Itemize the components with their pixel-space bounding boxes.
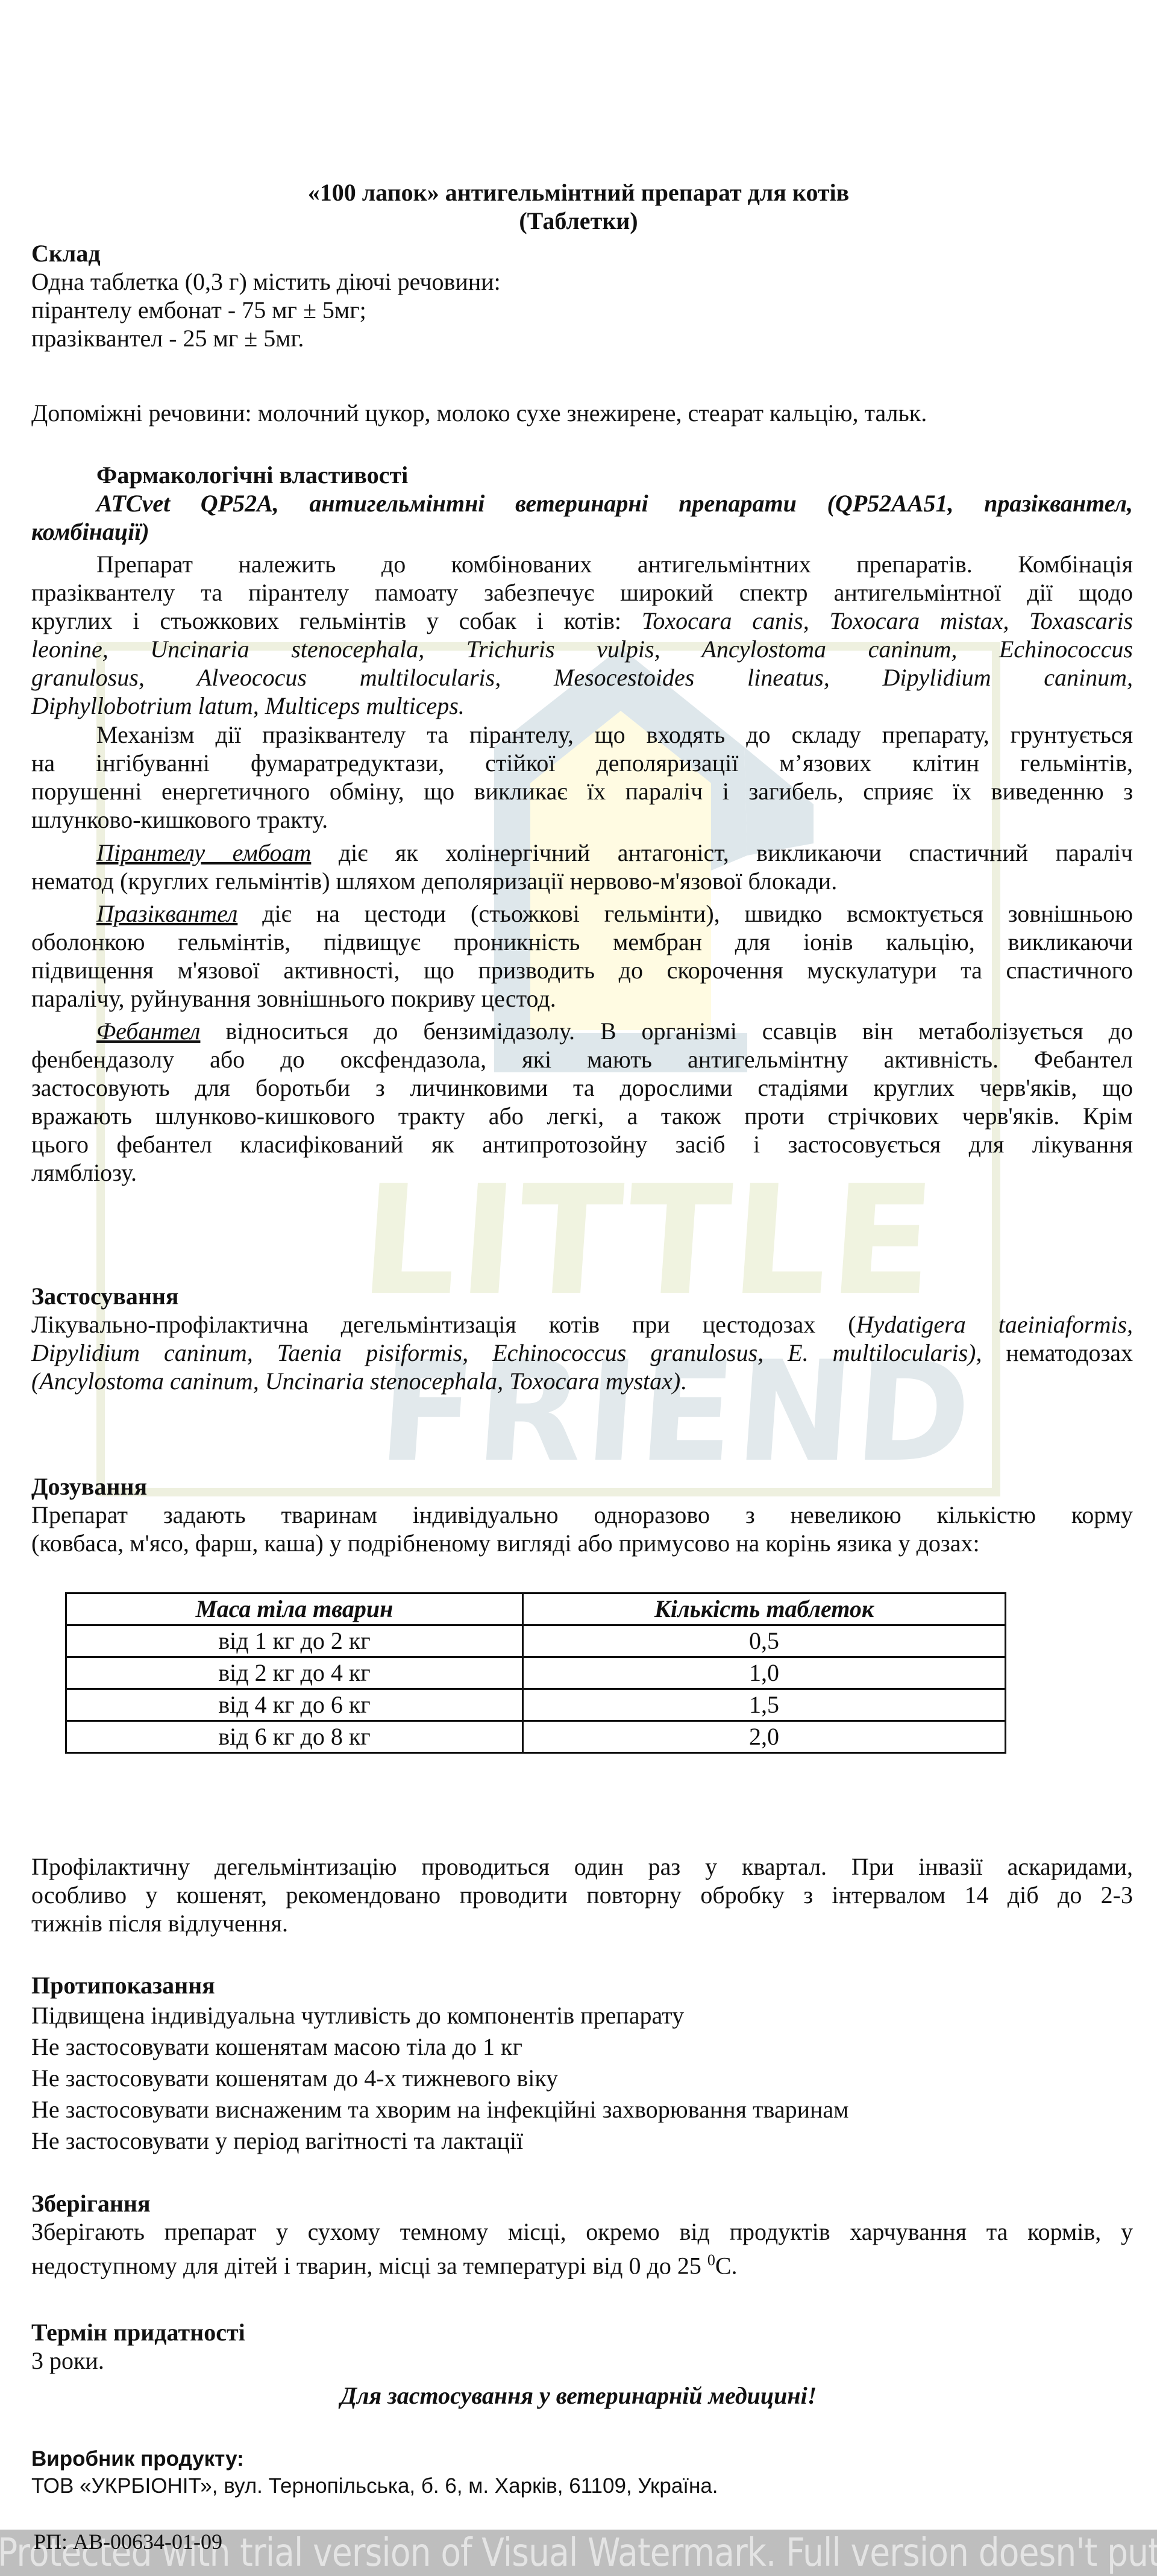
tablet-count-cell: 1,0 (523, 1657, 1006, 1689)
ingredient-item: празіквантел - 25 мг ± 5мг. (31, 324, 304, 352)
table-row: від 1 кг до 2 кг 0,5 (66, 1625, 1006, 1657)
species-names: Toxocara canis, Toxocara mistax, Toxasca… (642, 607, 1133, 634)
table-row: від 4 кг до 6 кг 1,5 (66, 1689, 1006, 1721)
paragraph-line: (ковбаса, м'ясо, фарш, каша) у подрібнен… (31, 1529, 980, 1557)
table-row: від 2 кг до 4 кг 1,0 (66, 1657, 1006, 1689)
weight-cell: від 1 кг до 2 кг (66, 1625, 523, 1657)
text-plain: недоступному для дітей і тварин, місці з… (31, 2252, 707, 2279)
weight-cell: від 6 кг до 8 кг (66, 1721, 523, 1753)
text-plain: . (680, 1368, 686, 1395)
paragraph-line: (Ancylostoma caninum, Uncinaria stenocep… (31, 1367, 686, 1395)
manufacturer-heading: Виробник продукту: (31, 2445, 244, 2473)
species-names: Dipylidium caninum, Taenia pisiformis, E… (31, 1339, 982, 1366)
paragraph-line: Профілактичну дегельмінтизацію проводить… (31, 1852, 1133, 1881)
degree-sign: 0 (707, 2251, 715, 2269)
table-header-row: Маса тіла тварин Кількість таблеток (66, 1593, 1006, 1625)
species-names: (Ancylostoma caninum, Uncinaria stenocep… (31, 1368, 680, 1395)
paragraph-line: Dipylidium caninum, Taenia pisiformis, E… (31, 1339, 1133, 1367)
text-plain: діє на цестоди (стьожкові гельмінти), шв… (237, 900, 1133, 927)
paragraph-line: цього фебантел класифікований як антипро… (31, 1130, 1133, 1158)
paragraph-line: порушенні енергетичного обміну, що викли… (31, 777, 1133, 805)
term-febantel: Фебантел (96, 1018, 200, 1045)
excipients-text: Допоміжні речовини: молочний цукор, моло… (31, 399, 927, 427)
species-names: granulosus, Alveococus multilocularis, M… (31, 663, 1133, 692)
section-heading-storage: Зберігання (31, 2189, 151, 2218)
paragraph-line: тижнів після відлучення. (31, 1909, 288, 1937)
tablet-count-cell: 2,0 (523, 1721, 1006, 1753)
veterinary-use-notice: Для застосування у ветеринарній медицині… (0, 2381, 1157, 2410)
column-header-body-weight: Маса тіла тварин (66, 1593, 523, 1625)
atc-code-line: комбінації) (31, 517, 149, 546)
term-praziquantel: Празіквантел (96, 900, 237, 927)
paragraph-line: особливо у кошенят, рекомендовано провод… (31, 1881, 1133, 1909)
text-plain: діє як холінергічний антагоніст, виклика… (311, 839, 1133, 866)
text-plain: Лікувально-профілактична дегельмінтизаці… (31, 1311, 856, 1338)
paragraph-line: Препарат задають тваринам індивідуально … (31, 1501, 1133, 1529)
section-heading-usage: Застосування (31, 1282, 179, 1310)
section-heading-dosage: Дозування (31, 1472, 147, 1501)
text-plain: нематодозах (982, 1339, 1133, 1366)
document-subtitle: (Таблетки) (0, 207, 1157, 235)
section-heading-contraindications: Протипоказання (31, 1971, 215, 1999)
paragraph-line: Препарат належить до комбінованих антиге… (31, 550, 1133, 578)
watermark-word-little: LITTLE (356, 1166, 941, 1316)
weight-cell: від 4 кг до 6 кг (66, 1689, 523, 1721)
paragraph-line: на інгібуванні фумаратредуктази, стійкої… (31, 749, 1133, 777)
weight-cell: від 2 кг до 4 кг (66, 1657, 523, 1689)
registration-number: РП: АВ-00634-01-09 (34, 2528, 222, 2556)
term-pyrantel: Пірантелу ембоат (96, 839, 311, 866)
paragraph-line: недоступному для дітей і тварин, місці з… (31, 2246, 738, 2280)
paragraph-line: нематод (круглих гельмінтів) шляхом депо… (31, 867, 837, 895)
ingredient-item: пірантелу ембонат - 75 мг ± 5мг; (31, 296, 366, 324)
paragraph-line: оболонкою гельмінтів, підвищує проникніс… (31, 928, 1133, 956)
species-names: Diphyllobotrium latum, Multiceps multice… (31, 692, 465, 720)
section-heading-shelf-life: Термін придатності (31, 2318, 245, 2346)
paragraph-line: Зберігають препарат у сухому темному міс… (31, 2218, 1133, 2246)
section-heading-pharmacology: Фармакологічні властивості (96, 461, 408, 489)
paragraph-line: підвищення м'язової активності, що призв… (31, 956, 1133, 984)
shelf-life-value: 3 роки. (31, 2346, 104, 2375)
species-names: Hydatigera taeiniaformis, (856, 1311, 1133, 1338)
paragraph-line: празіквантелу та пірантелу памоату забез… (31, 578, 1133, 607)
paragraph-line: круглих і стьожкових гельмінтів у собак … (31, 607, 1133, 635)
temperature-unit: С. (715, 2252, 738, 2279)
paragraph-line: паралічу, руйнування зовнішнього покриву… (31, 984, 556, 1013)
paragraph-line: Лікувально-профілактична дегельмінтизаці… (31, 1310, 1133, 1339)
manufacturer-address: ТОВ «УКРБІОНІТ», вул. Тернопільська, б. … (31, 2472, 718, 2500)
contraindication-item: Не застосовувати кошенятам масою тіла до… (31, 2033, 522, 2061)
species-names: leonine, Uncinaria stenocephala, Trichur… (31, 635, 1133, 663)
composition-intro: Одна таблетка (0,3 г) містить діючі речо… (31, 267, 501, 296)
paragraph-line: Пірантелу ембоат діє як холінергічний ан… (31, 839, 1133, 867)
paragraph-line: лямбліозу. (31, 1158, 137, 1187)
table-row: від 6 кг до 8 кг 2,0 (66, 1721, 1006, 1753)
paragraph-line: Празіквантел діє на цестоди (стьожкові г… (31, 899, 1133, 928)
paragraph-line: Механізм дії празіквантелу та пірантелу,… (31, 721, 1133, 749)
contraindication-item: Підвищена індивідуальна чутливість до ко… (31, 2001, 684, 2030)
paragraph-line: вражають шлунково-кишкового тракту або л… (31, 1102, 1133, 1130)
contraindication-item: Не застосовувати кошенятам до 4-х тижнев… (31, 2064, 558, 2092)
column-header-tablet-count: Кількість таблеток (523, 1593, 1006, 1625)
tablet-count-cell: 0,5 (523, 1625, 1006, 1657)
paragraph-line: Фебантел відноситься до бензимідазолу. В… (31, 1017, 1133, 1045)
paragraph-line: фенбендазолу або до оксфендазола, які ма… (31, 1045, 1133, 1074)
section-heading-composition: Склад (31, 239, 101, 267)
tablet-count-cell: 1,5 (523, 1689, 1006, 1721)
paragraph-line: застосовують для боротьби з личинковими … (31, 1074, 1133, 1102)
text-plain: круглих і стьожкових гельмінтів у собак … (31, 607, 642, 634)
contraindication-item: Не застосовувати у період вагітності та … (31, 2127, 523, 2155)
text-plain: відноситься до бензимідазолу. В організм… (200, 1018, 1133, 1045)
contraindication-item: Не застосовувати виснаженим та хворим на… (31, 2095, 848, 2124)
document-title: «100 лапок» антигельмінтний препарат для… (0, 178, 1157, 207)
atc-code-line: ATCvet QP52A, антигельмінтні ветеринарні… (31, 489, 1133, 517)
paragraph-line: шлунково-кишкового тракту. (31, 805, 328, 834)
dosage-table: Маса тіла тварин Кількість таблеток від … (65, 1592, 1006, 1754)
